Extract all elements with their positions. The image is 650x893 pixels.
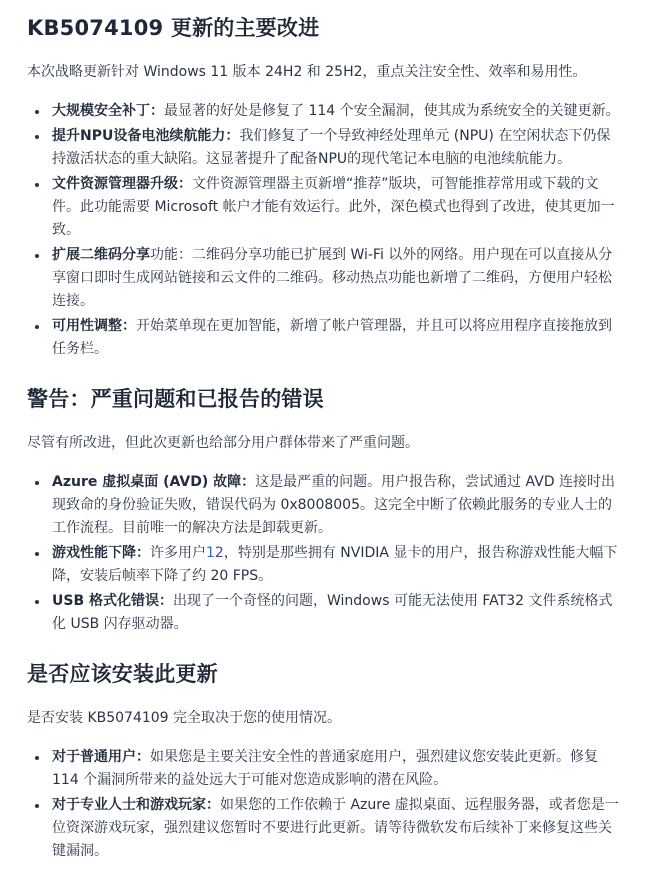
section-heading-recommendation: 是否应该安装此更新	[27, 660, 624, 688]
bullet-lead: USB 格式化错误：	[52, 593, 173, 609]
citation-link-1[interactable]: 1	[206, 545, 215, 561]
list-item: 游戏性能下降：许多用户12，特别是那些拥有 NVIDIA 显卡的用户，报告称游戏…	[49, 542, 624, 588]
list-item: 可用性调整：开始菜单现在更加智能，新增了帐户管理器，并且可以将应用程序直接拖放到…	[49, 315, 624, 361]
bullet-lead: 对于专业人士和游戏玩家：	[52, 797, 220, 813]
article: KB5074109 更新的主要改进 本次战略更新针对 Windows 11 版本…	[0, 0, 650, 893]
list-item: 提升NPU设备电池续航能力：我们修复了一个导致神经处理单元 (NPU) 在空闲状…	[49, 125, 624, 171]
bullet-lead: 可用性调整：	[52, 318, 136, 334]
list-item: 扩展二维码分享功能：二维码分享功能已扩展到 Wi-Fi 以外的网络。用户现在可以…	[49, 244, 624, 313]
bullet-lead: 对于普通用户：	[52, 749, 150, 765]
improvements-list: 大规模安全补丁：最显著的好处是修复了 114 个安全漏洞，使其成为系统安全的关键…	[27, 100, 624, 361]
bullet-lead: Azure 虚拟桌面 (AVD) 故障：	[52, 474, 255, 490]
section-intro: 是否安装 KB5074109 完全取决于您的使用情况。	[27, 707, 624, 730]
list-item: 文件资源管理器升级：文件资源管理器主页新增“推荐”版块，可智能推荐常用或下载的文…	[49, 173, 624, 242]
section-intro: 本次战略更新针对 Windows 11 版本 24H2 和 25H2，重点关注安…	[27, 61, 624, 84]
citation-link-2[interactable]: 2	[215, 545, 224, 561]
list-item: 大规模安全补丁：最显著的好处是修复了 114 个安全漏洞，使其成为系统安全的关键…	[49, 100, 624, 123]
bullet-lead: 提升NPU设备电池续航能力：	[52, 128, 239, 144]
list-item: 对于专业人士和游戏玩家：如果您的工作依赖于 Azure 虚拟桌面、远程服务器，或…	[49, 794, 624, 863]
list-item: 对于普通用户：如果您是主要关注安全性的普通家庭用户，强烈建议您安装此更新。修复 …	[49, 746, 624, 792]
section-intro: 尽管有所改进，但此次更新也给部分用户群体带来了严重问题。	[27, 432, 624, 455]
bullet-lead: 扩展二维码分享	[52, 247, 150, 263]
bullet-lead: 大规模安全补丁：	[52, 103, 164, 119]
list-item: USB 格式化错误：出现了一个奇怪的问题，Windows 可能无法使用 FAT3…	[49, 590, 624, 636]
bullet-lead: 文件资源管理器升级：	[52, 176, 192, 192]
warnings-list: Azure 虚拟桌面 (AVD) 故障：这是最严重的问题。用户报告称，尝试通过 …	[27, 471, 624, 636]
bullet-lead: 游戏性能下降：	[52, 545, 150, 561]
recommendation-list: 对于普通用户：如果您是主要关注安全性的普通家庭用户，强烈建议您安装此更新。修复 …	[27, 746, 624, 863]
section-heading-warnings: 警告：严重问题和已报告的错误	[27, 385, 624, 413]
bullet-text: 开始菜单现在更加智能，新增了帐户管理器，并且可以将应用程序直接拖放到任务栏。	[52, 318, 612, 357]
section-heading-improvements: KB5074109 更新的主要改进	[27, 14, 624, 42]
list-item: Azure 虚拟桌面 (AVD) 故障：这是最严重的问题。用户报告称，尝试通过 …	[49, 471, 624, 540]
bullet-text: 许多用户	[150, 545, 206, 561]
bullet-text: 最显著的好处是修复了 114 个安全漏洞，使其成为系统安全的关键更新。	[164, 103, 620, 119]
